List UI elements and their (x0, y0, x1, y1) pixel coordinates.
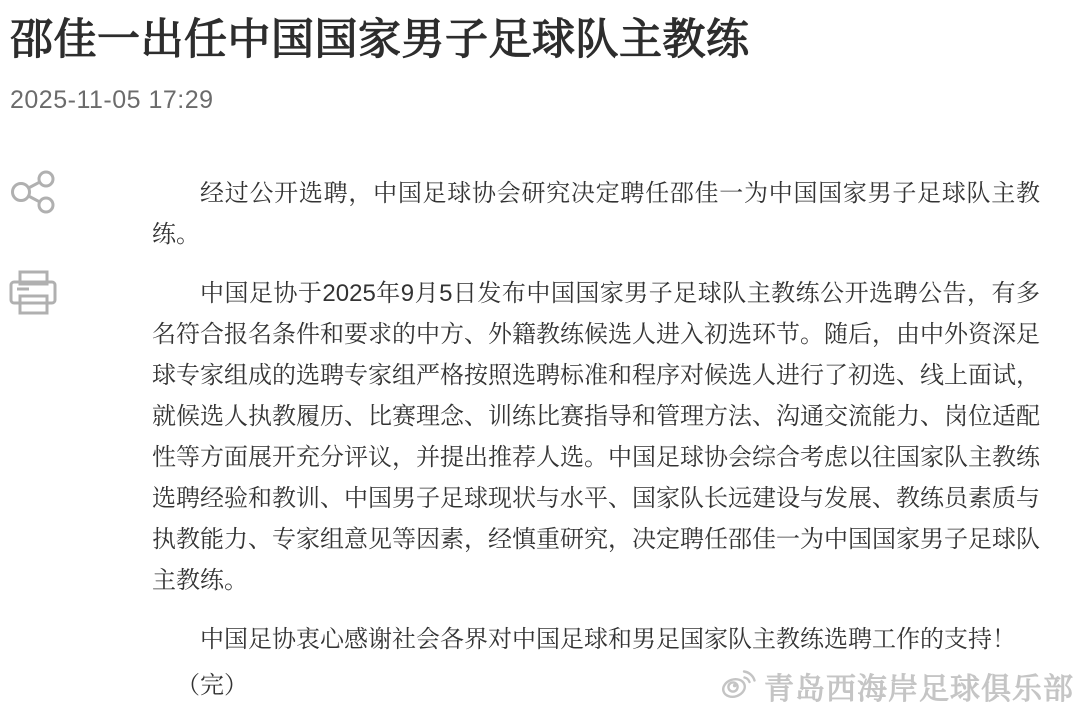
article-body: 经过公开选聘，中国足球协会研究决定聘任邵佳一为中国国家男子足球队主教练。 中国足… (152, 173, 1040, 716)
article-header: 邵佳一出任中国国家男子足球队主教练 2025-11-05 17:29 (10, 16, 1070, 115)
article-paragraph: 中国足协于2025年9月5日发布中国国家男子足球队主教练公开选聘公告，有多名符合… (152, 273, 1040, 601)
print-icon (8, 306, 58, 321)
share-icon (8, 205, 58, 220)
share-button[interactable] (8, 167, 58, 217)
article-paragraph: 中国足协衷心感谢社会各界对中国足球和男足国家队主教练选聘工作的支持！ (152, 619, 1040, 660)
article-page: 邵佳一出任中国国家男子足球队主教练 2025-11-05 17:29 (0, 0, 1080, 716)
article-end-mark: （完） (152, 665, 1040, 706)
print-button[interactable] (8, 268, 58, 318)
publish-date: 2025-11-05 17:29 (10, 86, 1070, 115)
side-toolbar (8, 167, 60, 318)
article-paragraph: 经过公开选聘，中国足球协会研究决定聘任邵佳一为中国国家男子足球队主教练。 (152, 173, 1040, 255)
page-title: 邵佳一出任中国国家男子足球队主教练 (10, 16, 1070, 65)
